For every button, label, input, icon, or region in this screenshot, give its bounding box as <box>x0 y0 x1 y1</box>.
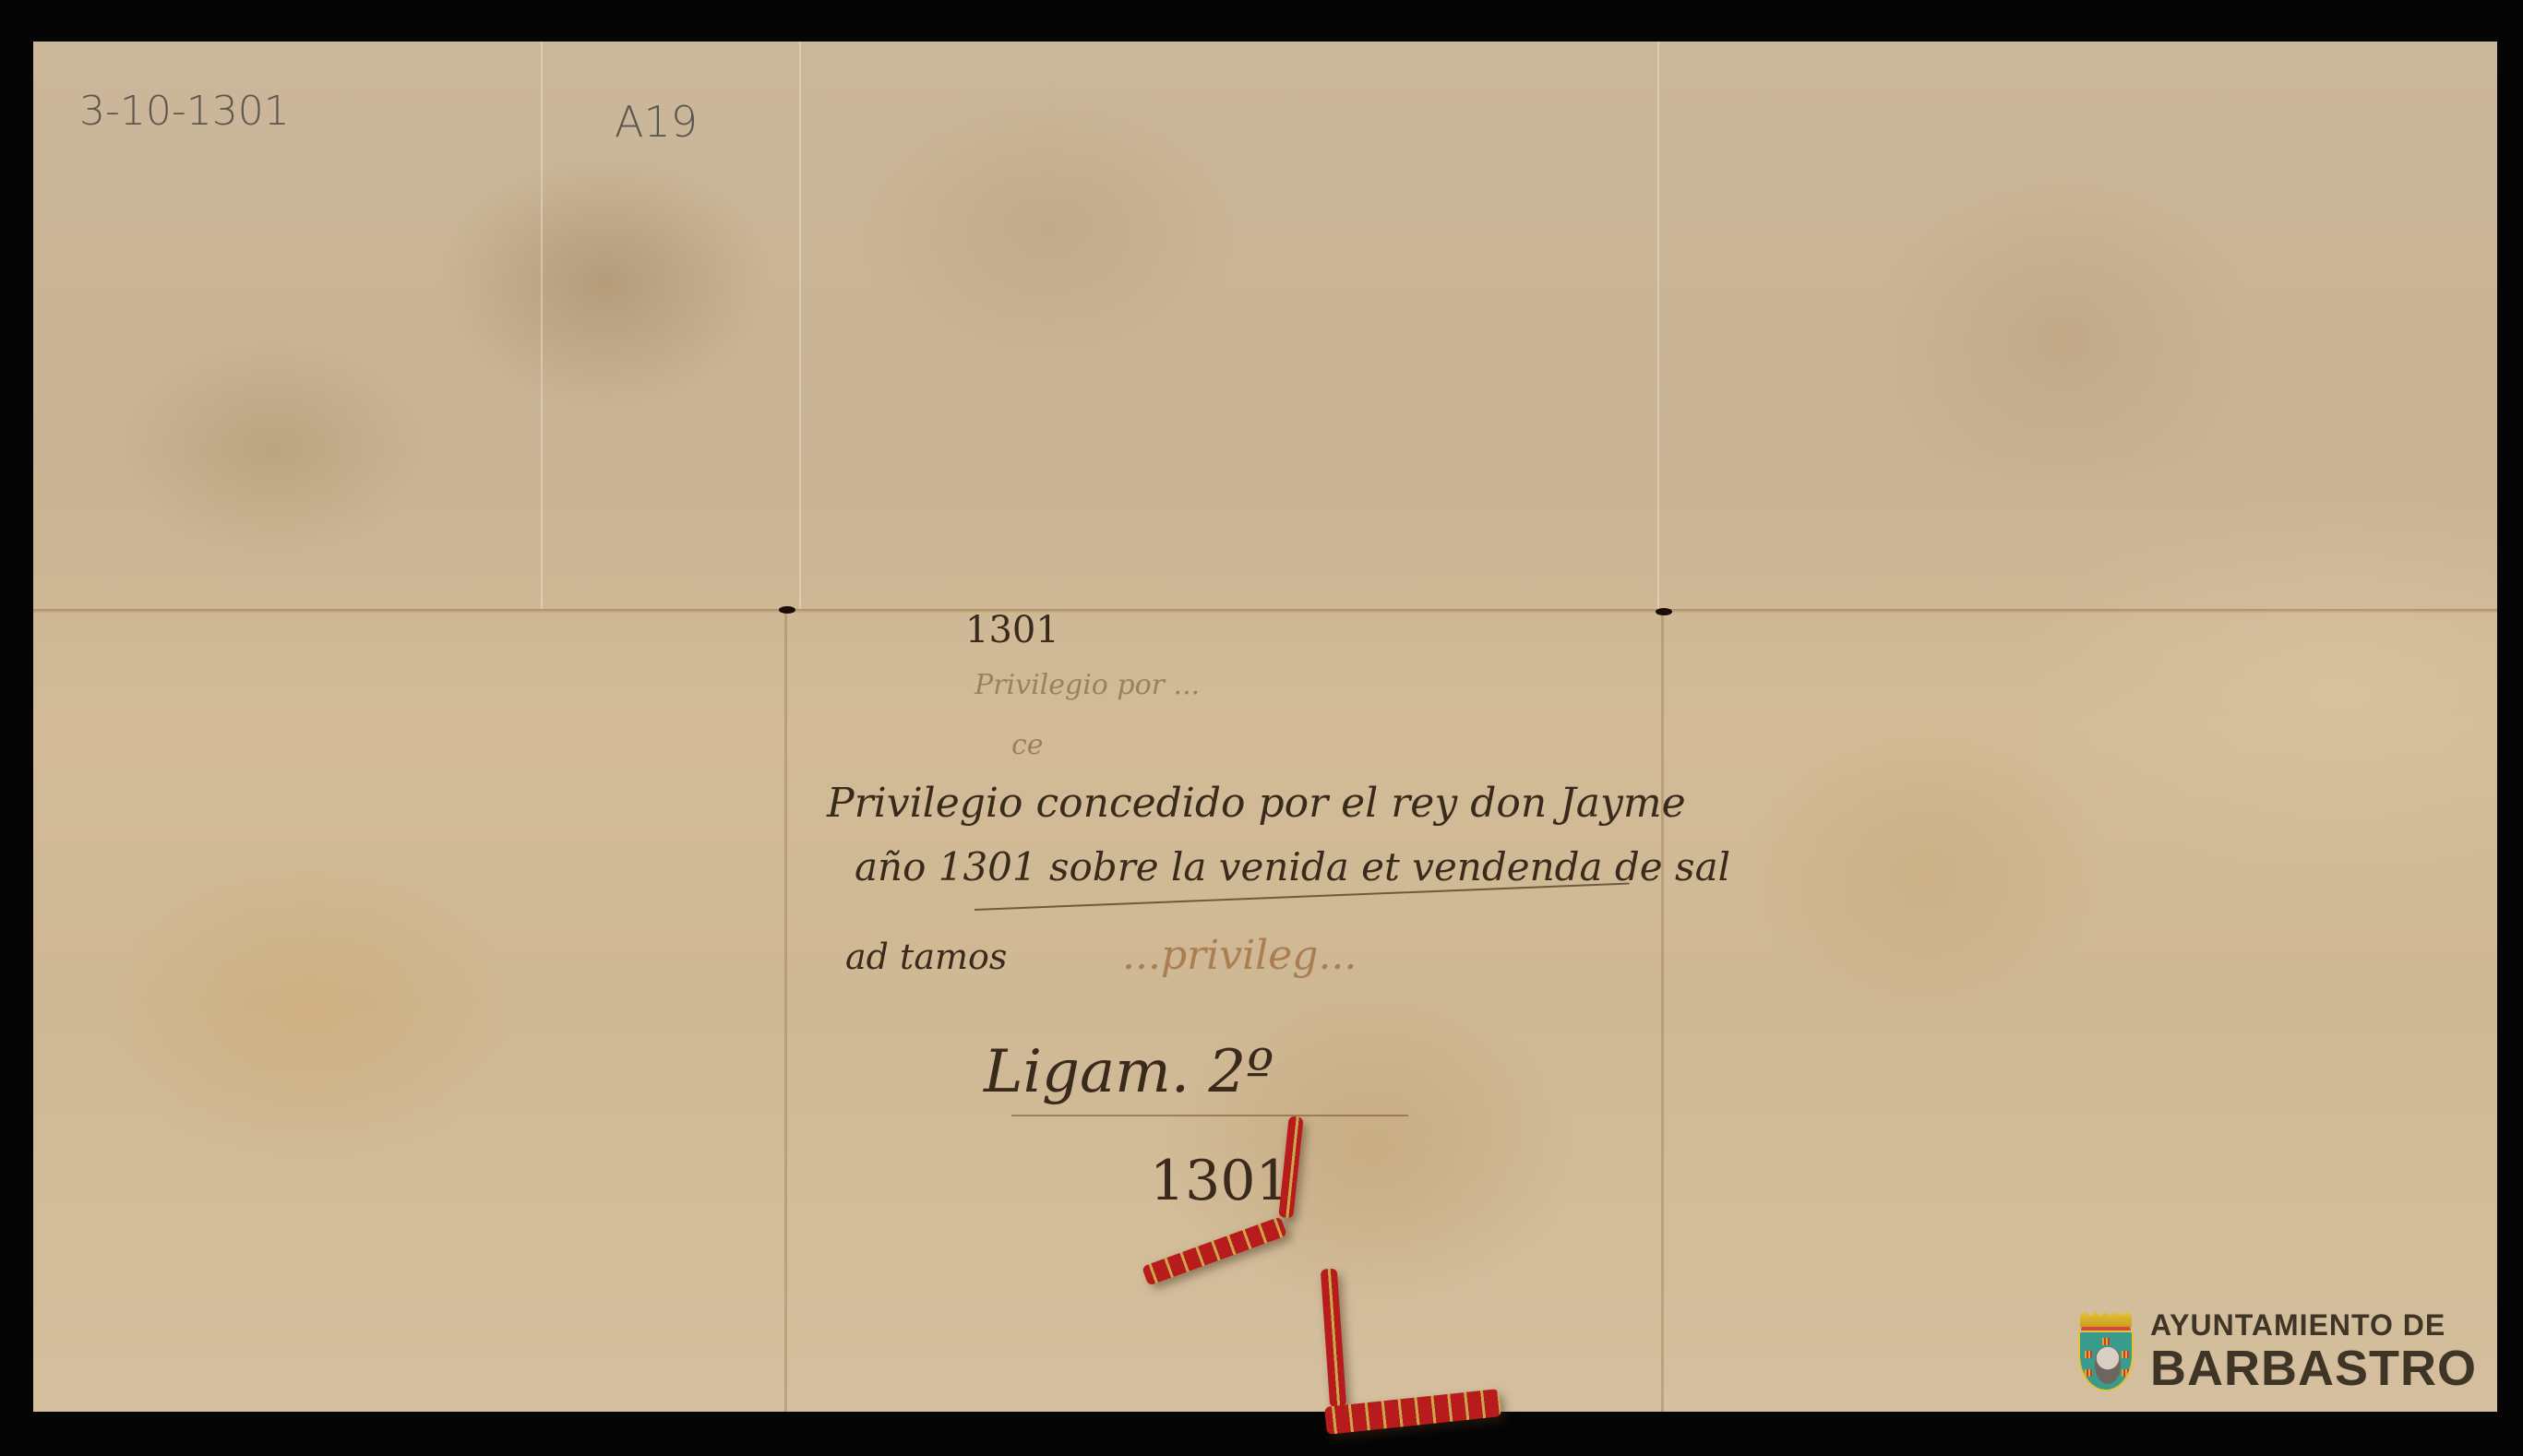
aragon-bars-icon <box>2102 1338 2110 1345</box>
logo-line-barbastro: BARBASTRO <box>2150 1343 2477 1393</box>
aragon-bars-icon <box>2085 1351 2092 1358</box>
fold-hole-left <box>779 606 795 614</box>
aragon-bars-icon <box>2122 1369 2129 1377</box>
crease-top-2 <box>799 42 801 609</box>
pencil-date-annotation: 3-10-1301 <box>79 88 290 135</box>
endorsement-rust-note: ...privileg... <box>1122 932 1357 979</box>
shield-body <box>2078 1331 2134 1391</box>
seal-cord-upper-horizontal <box>1142 1216 1287 1285</box>
barbastro-watermark-logo: AYUNTAMIENTO DE BARBASTRO <box>2078 1310 2477 1393</box>
endorsement-signature: Ligam. 2º <box>984 1038 1273 1106</box>
pencil-reference-annotation: A19 <box>615 97 698 147</box>
endorsement-faint-ce: ce <box>1011 729 1044 761</box>
seal-cord-lower-vertical <box>1321 1269 1346 1408</box>
seal-cord-lower-horizontal <box>1324 1389 1501 1435</box>
crease-top-1 <box>541 42 543 609</box>
aragon-bars-icon <box>2122 1351 2129 1358</box>
horizontal-fold-line <box>33 609 2497 613</box>
endorsement-line-1: Privilegio concedido por el rey don Jaym… <box>827 780 1686 827</box>
vertical-fold-left <box>784 609 787 1412</box>
aragon-bars-icon <box>2085 1369 2092 1377</box>
fold-hole-right <box>1656 608 1672 615</box>
coat-of-arms-icon <box>2078 1311 2134 1392</box>
bearded-head-icon <box>2095 1347 2121 1384</box>
crown-icon <box>2080 1311 2132 1328</box>
endorsement-line-3: ad tamos <box>845 937 1007 977</box>
parchment-document: 3-10-1301 A19 1301 Privilegio por ... ce… <box>33 42 2497 1412</box>
crease-top-3 <box>1657 42 1659 609</box>
endorsement-line-2: año 1301 sobre la venida et vendenda de … <box>855 844 1730 889</box>
logo-text: AYUNTAMIENTO DE BARBASTRO <box>2150 1310 2477 1393</box>
bottom-number: 1301 <box>1150 1149 1291 1213</box>
vertical-fold-right <box>1661 609 1664 1412</box>
logo-line-ayuntamiento: AYUNTAMIENTO DE <box>2150 1310 2477 1340</box>
underline-rule-2 <box>1011 1115 1408 1116</box>
endorsement-year-heading: 1301 <box>965 609 1059 651</box>
endorsement-faint-line: Privilegio por ... <box>975 669 1200 701</box>
